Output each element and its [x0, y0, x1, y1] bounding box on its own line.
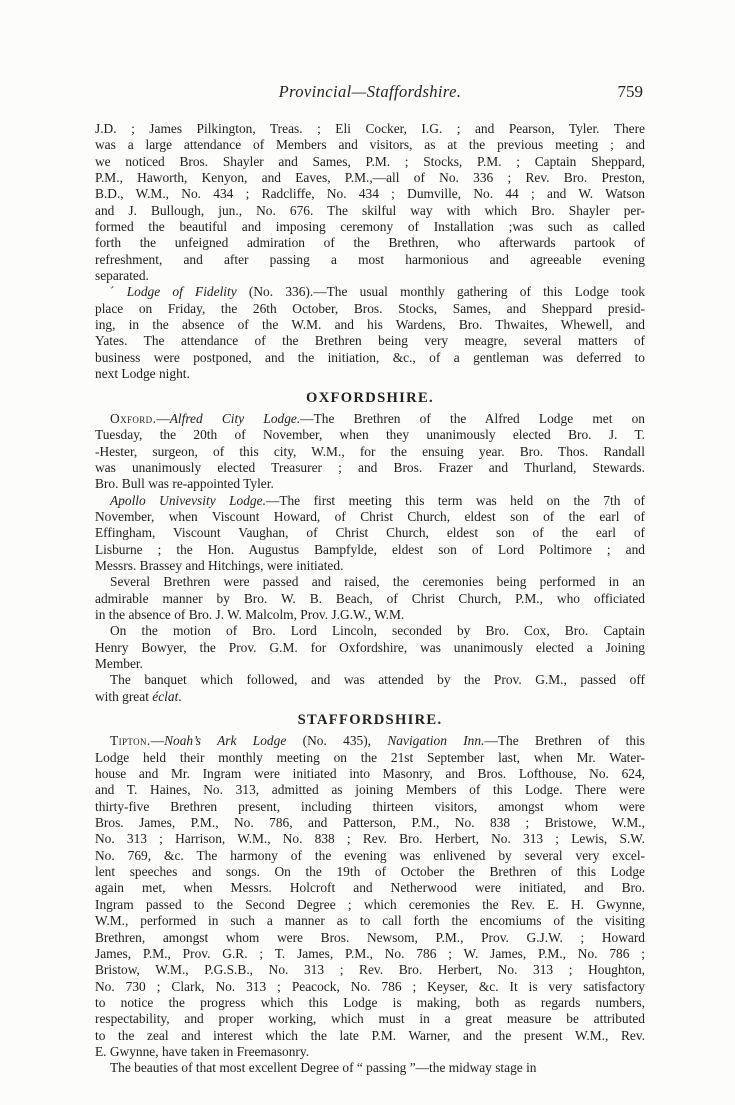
text-line: No. 730 ; Clark, No. 313 ; Peacock, No. … — [95, 979, 645, 995]
text-line: Bro. Bull was re-appointed Tyler. — [95, 476, 645, 492]
scanned-page: Provincial—Staffordshire. 759 J.D. ; Jam… — [0, 0, 735, 1105]
paragraph: Oxford.—Alfred City Lodge.—The Brethren … — [95, 411, 645, 493]
page-number: 759 — [618, 82, 644, 102]
text-line: ing, in the absence of the W.M. and his … — [95, 317, 645, 333]
text-line: Apollo Univevsity Lodge.—The first meeti… — [95, 493, 645, 509]
text-line: Oxford.—Alfred City Lodge.—The Brethren … — [95, 411, 645, 427]
text-line: respectability, and proper working, whic… — [95, 1011, 645, 1027]
text-line: with great éclat. — [95, 689, 645, 705]
text-line: B.D., W.M., No. 434 ; Radcliffe, No. 434… — [95, 186, 645, 202]
text-line: Tuesday, the 20th of November, when they… — [95, 427, 645, 443]
text-line: in the absence of Bro. J. W. Malcolm, Pr… — [95, 607, 645, 623]
text-line: W.M., performed in such a manner as to c… — [95, 913, 645, 929]
paragraph: On the motion of Bro. Lord Lincoln, seco… — [95, 623, 645, 672]
paragraph: The banquet which followed, and was atte… — [95, 672, 645, 705]
text-line: refreshment, and after passing a most ha… — [95, 252, 645, 268]
text-line: thirty-five Brethren present, including … — [95, 799, 645, 815]
text-line: Ingram passed to the Second Degree ; whi… — [95, 897, 645, 913]
text-line: Bristow, W.M., P.G.S.B., No. 313 ; Rev. … — [95, 962, 645, 978]
text-line: was a large attendance of Members and vi… — [95, 137, 645, 153]
text-line: ´ Lodge of Fidelity (No. 336).—The usual… — [95, 284, 645, 300]
text-line: Tipton.—Noah’s Ark Lodge (No. 435), Navi… — [95, 733, 645, 749]
text-line: again met, when Messrs. Holcroft and Net… — [95, 880, 645, 896]
text-line: Bros. James, P.M., No. 786, and Patterso… — [95, 815, 645, 831]
text-line: was unanimously elected Treasurer ; and … — [95, 460, 645, 476]
text-line: No. 769, &c. The harmony of the evening … — [95, 848, 645, 864]
paragraph: Tipton.—Noah’s Ark Lodge (No. 435), Navi… — [95, 733, 645, 1060]
text-line: P.M., Haworth, Kenyon, and Eaves, P.M.,—… — [95, 170, 645, 186]
page-content: J.D. ; James Pilkington, Treas. ; Eli Co… — [95, 121, 645, 1077]
text-line: The banquet which followed, and was atte… — [95, 672, 645, 688]
text-line: Lisburne ; the Hon. Augustus Bampfylde, … — [95, 542, 645, 558]
paragraph: Several Brethren were passed and raised,… — [95, 574, 645, 623]
text-line: business were postponed, and the initiat… — [95, 350, 645, 366]
text-line: James, P.M., Prov. G.R. ; T. James, P.M.… — [95, 946, 645, 962]
text-line: and T. Haines, No. 313, admitted as join… — [95, 782, 645, 798]
text-line: Effingham, Viscount Vaughan, of Christ C… — [95, 525, 645, 541]
paragraph: ´ Lodge of Fidelity (No. 336).—The usual… — [95, 284, 645, 382]
running-header-title: Provincial—Staffordshire. — [95, 82, 645, 102]
paragraph: Apollo Univevsity Lodge.—The first meeti… — [95, 493, 645, 575]
text-line: we noticed Bros. Shayler and Sames, P.M.… — [95, 154, 645, 170]
text-line: Lodge held their monthly meeting on the … — [95, 750, 645, 766]
text-line: Messrs. Brassey and Hitchings, were init… — [95, 558, 645, 574]
paragraph: The beauties of that most excellent Degr… — [95, 1060, 645, 1076]
text-line: Member. — [95, 656, 645, 672]
text-line: lent speeches and songs. On the 19th of … — [95, 864, 645, 880]
text-line: next Lodge night. — [95, 366, 645, 382]
text-line: and J. Bullough, jun., No. 676. The skil… — [95, 203, 645, 219]
text-line: place on Friday, the 26th October, Bros.… — [95, 301, 645, 317]
text-line: Several Brethren were passed and raised,… — [95, 574, 645, 590]
text-line: Brethren, amongst whom were Bros. Newsom… — [95, 930, 645, 946]
section-heading: STAFFORDSHIRE. — [95, 712, 645, 728]
text-line: to notice the progress which this Lodge … — [95, 995, 645, 1011]
text-line: The beauties of that most excellent Degr… — [95, 1060, 645, 1076]
running-header: Provincial—Staffordshire. 759 — [95, 82, 645, 104]
text-line: house and Mr. Ingram were initiated into… — [95, 766, 645, 782]
text-line: Yates. The attendance of the Brethren be… — [95, 333, 645, 349]
text-line: admirable manner by Bro. W. B. Beach, of… — [95, 591, 645, 607]
text-line: J.D. ; James Pilkington, Treas. ; Eli Co… — [95, 121, 645, 137]
text-line: On the motion of Bro. Lord Lincoln, seco… — [95, 623, 645, 639]
text-line: -Hester, surgeon, of this city, W.M., fo… — [95, 444, 645, 460]
text-line: Henry Bowyer, the Prov. G.M. for Oxfords… — [95, 640, 645, 656]
text-line: No. 313 ; Harrison, W.M., No. 838 ; Rev.… — [95, 831, 645, 847]
text-line: to the zeal and interest which the late … — [95, 1028, 645, 1044]
text-line: separated. — [95, 268, 645, 284]
text-line: E. Gwynne, have taken in Freemasonry. — [95, 1044, 645, 1060]
text-line: November, when Viscount Howard, of Chris… — [95, 509, 645, 525]
text-line: formed the beautiful and imposing ceremo… — [95, 219, 645, 235]
paragraph: J.D. ; James Pilkington, Treas. ; Eli Co… — [95, 121, 645, 284]
text-line: forth the unfeigned admiration of the Br… — [95, 235, 645, 251]
section-heading: OXFORDSHIRE. — [95, 390, 645, 406]
